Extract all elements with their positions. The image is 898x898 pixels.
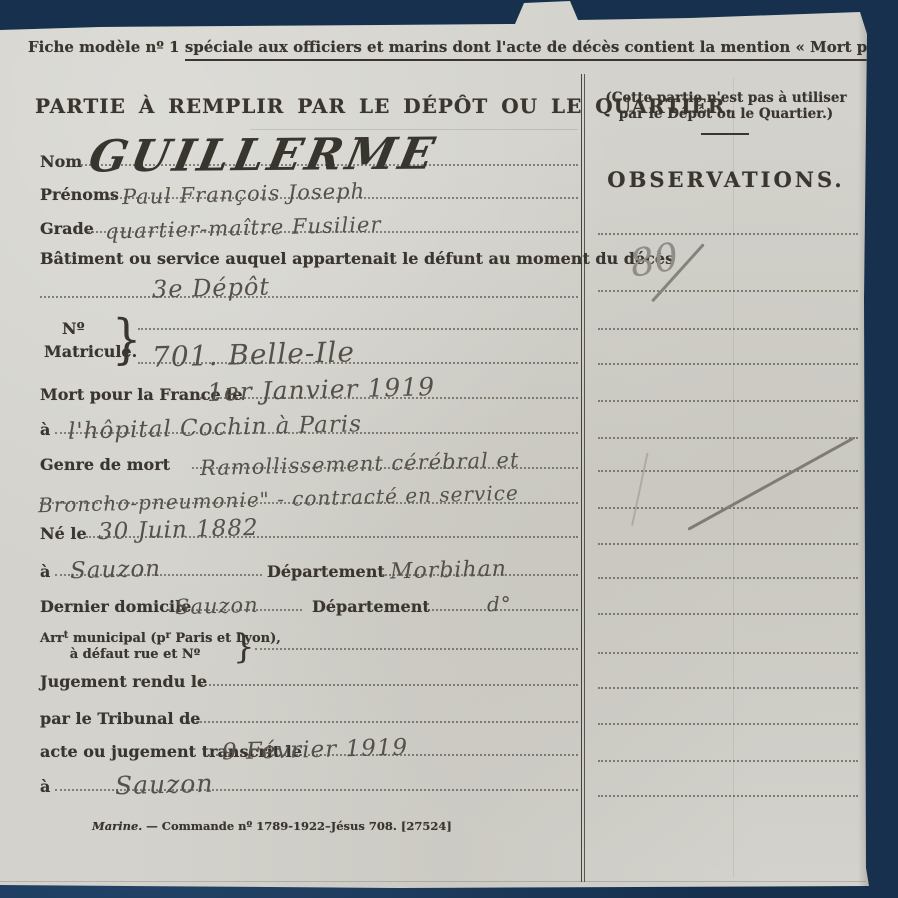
lieu-transcription-label: à	[40, 777, 50, 796]
column-divider	[581, 74, 585, 882]
jugement-label: Jugement rendu le	[40, 672, 207, 691]
grade-label: Grade	[40, 219, 94, 238]
note-line1: (Cette partie n'est pas à utiliser	[605, 90, 846, 106]
lieu-naissance-value: Sauzon	[70, 556, 162, 584]
banner-line: Fiche modèle nº 1 spéciale aux officiers…	[28, 38, 868, 56]
observations-line	[598, 613, 858, 615]
right-panel-note: (Cette partie n'est pas à utiliser par l…	[600, 90, 852, 122]
naissance-value: 30 Juin 1882	[98, 515, 259, 545]
dept-naissance-value: Morbihan	[390, 556, 507, 584]
observations-line	[598, 328, 858, 330]
dept-naissance-label: Département	[267, 562, 385, 581]
naissance-label: Né le	[40, 524, 87, 543]
dept-domicile-value: d°	[487, 592, 512, 617]
matricule-value: 701. Belle-Ile	[152, 335, 356, 373]
observations-line	[598, 723, 858, 725]
observations-line	[598, 687, 858, 689]
paper-crease	[733, 78, 734, 878]
prenoms-value: Paul François Joseph	[122, 179, 366, 209]
observations-title: OBSERVATIONS.	[600, 167, 852, 192]
transcription-value: 9 Février 1919	[222, 735, 409, 766]
arrondissement-brace: }	[233, 627, 255, 667]
observations-line	[598, 400, 858, 402]
paper-edge-shadow	[858, 0, 872, 898]
arrondissement-dotted-line	[255, 648, 578, 650]
record-card: Fiche modèle nº 1 spéciale aux officiers…	[0, 0, 898, 898]
note-line2: par le Dépôt ou le Quartier.)	[619, 106, 833, 122]
imprint-marine: Marine.	[92, 819, 142, 833]
note-separator-rule	[701, 133, 749, 135]
lieu-mort-label: à	[40, 420, 50, 439]
genre-label: Genre de mort	[40, 455, 170, 474]
nom-value: GUILLERME	[84, 128, 442, 182]
lieu-naissance-label: à	[40, 562, 50, 581]
tribunal-dotted-line	[188, 721, 578, 723]
tribunal-label: par le Tribunal de	[40, 709, 200, 728]
paper-bottom-edge	[0, 881, 866, 882]
mort-value: 1er Janvier 1919	[207, 372, 436, 407]
genre-value-line2: Broncho-pneumonie" - contracté en servic…	[38, 481, 519, 518]
observations-line	[598, 437, 858, 439]
grade-value: quartier-maître Fusilier	[105, 212, 382, 243]
matricule-dotted-line-1	[138, 328, 578, 330]
lieu-mort-value: l'hôpital Cochin à Paris	[68, 411, 363, 445]
prenoms-label: Prénoms	[40, 185, 119, 204]
matricule-brace: }	[112, 308, 141, 370]
nom-label: Nom	[40, 152, 82, 171]
observations-line	[598, 470, 858, 472]
observations-line	[598, 363, 858, 365]
observations-line	[598, 577, 858, 579]
arrondissement-label-line2: à défaut rue et Nº	[40, 647, 230, 662]
scan-background: Fiche modèle nº 1 spéciale aux officiers…	[0, 0, 898, 898]
observations-line	[598, 233, 858, 235]
observations-line	[598, 760, 858, 762]
domicile-value: Sauzon	[175, 593, 259, 619]
pencil-faint-stray-mark	[631, 452, 649, 526]
lieu-transcription-value: Sauzon	[115, 769, 214, 801]
batiment-dotted-line	[40, 296, 578, 298]
banner-prefix: Fiche modèle nº 1	[28, 38, 185, 56]
batiment-label: Bâtiment ou service auquel appartenait l…	[40, 249, 674, 268]
banner-underlined-text: spéciale aux officiers et marins dont l'…	[185, 38, 898, 61]
observations-line	[598, 290, 858, 292]
imprint-rest: — Commande nº 1789-1922–Jésus 708. [2752…	[142, 819, 451, 833]
genre-value-line1: Ramollissement cérébral et	[200, 448, 520, 480]
pencil-diagonal-stroke	[687, 437, 854, 531]
domicile-label: Dernier domicile	[40, 597, 191, 616]
matricule-label-line1: Nº	[62, 319, 85, 338]
observations-line	[598, 652, 858, 654]
left-panel-title: PARTIE À REMPLIR PAR LE DÉPÔT OU LE QUAR…	[35, 94, 575, 118]
observations-line	[598, 543, 858, 545]
printer-imprint: Marine. — Commande nº 1789-1922–Jésus 70…	[92, 819, 452, 833]
batiment-value: 3e Dépôt	[152, 272, 271, 303]
jugement-dotted-line	[198, 684, 578, 686]
observations-line	[598, 795, 858, 797]
dept-domicile-label: Département	[312, 597, 430, 616]
